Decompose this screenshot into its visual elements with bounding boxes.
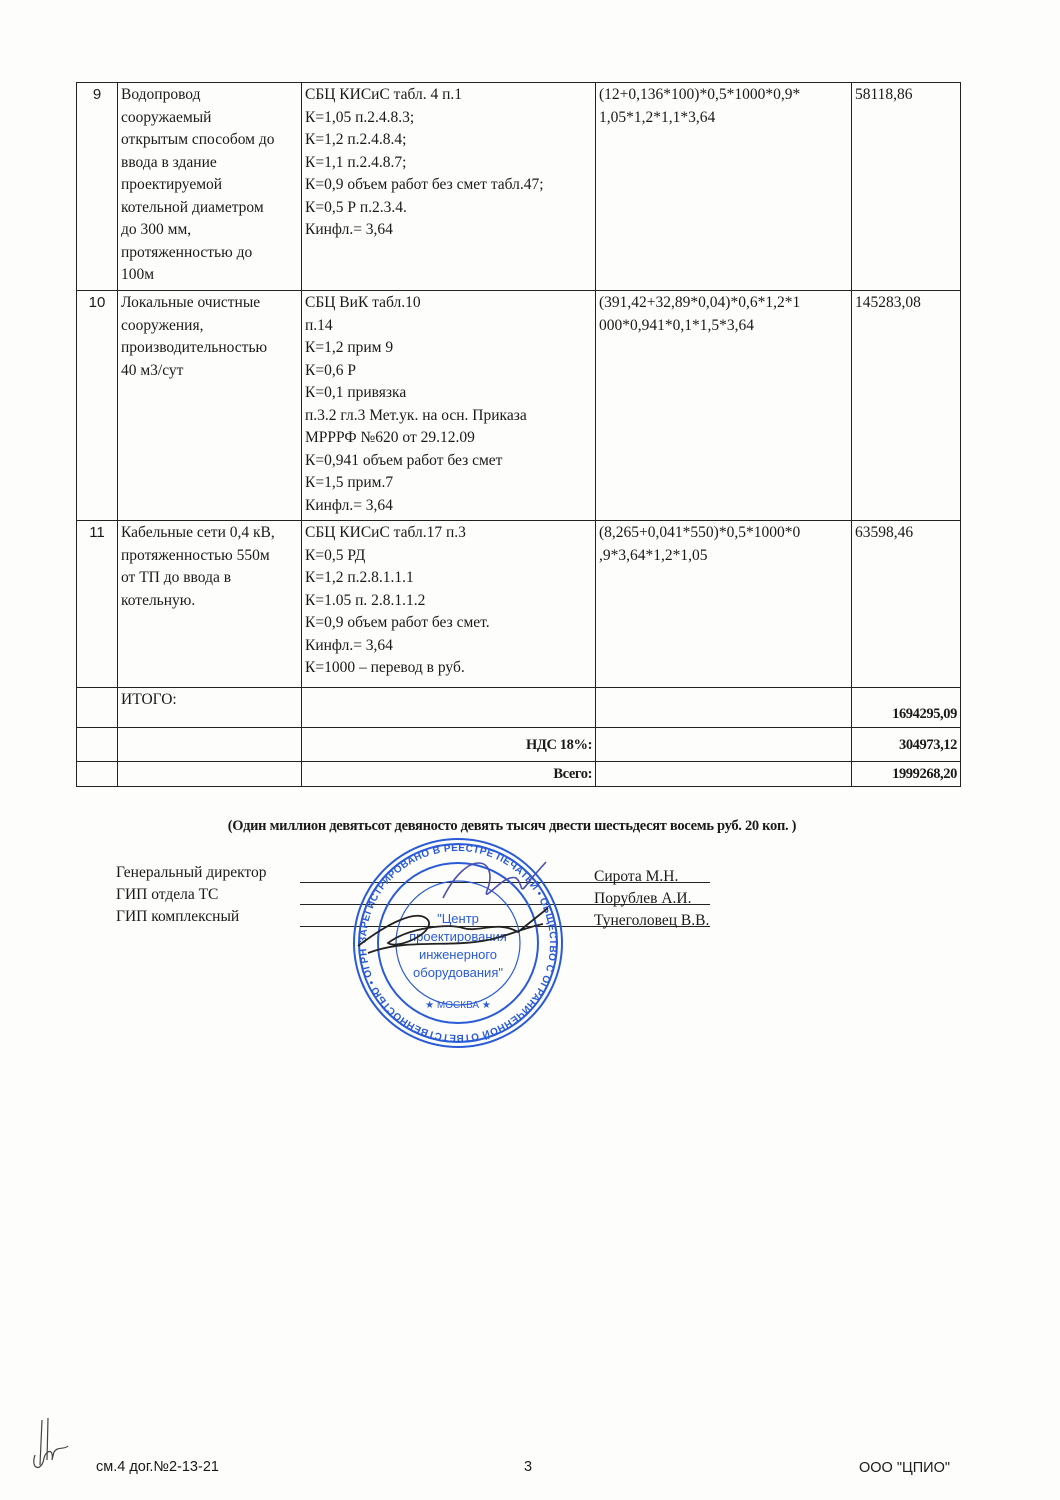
total-row: ИТОГО: 1694295,09: [77, 688, 961, 728]
table-row: 11Кабельные сети 0,4 кВ,протяженностью 5…: [77, 521, 961, 688]
item-formula: (391,42+32,89*0,04)*0,6*1,2*1000*0,941*0…: [596, 291, 852, 521]
cell-line: до 300 мм,: [121, 219, 298, 242]
svg-text:инженерного: инженерного: [419, 947, 497, 962]
cell-line: К=0,6 Р: [305, 360, 592, 383]
item-number: 9: [77, 83, 118, 291]
cell-line: К=1000 – перевод в руб.: [305, 657, 592, 680]
cell-line: Кинфл.= 3,64: [305, 635, 592, 658]
cell-line: Кинфл.= 3,64: [305, 219, 592, 242]
item-formula: (8,265+0,041*550)*0,5*1000*0,9*3,64*1,2*…: [596, 521, 852, 688]
cell-line: К=0,941 объем работ без смет: [305, 450, 592, 473]
cell-line: сооружаемый: [121, 107, 298, 130]
document-page: 9Водопроводсооружаемыйоткрытым способом …: [0, 0, 1060, 1500]
initials-signature-icon: [30, 1410, 70, 1480]
cell-line: МРРРФ №620 от 29.12.09: [305, 427, 592, 450]
cell-line: ввода в здание: [121, 152, 298, 175]
grand-total-row: Всего: 1999268,20: [77, 762, 961, 787]
cell-line: от ТП до ввода в: [121, 567, 298, 590]
cell-line: 000*0,941*0,1*1,5*3,64: [599, 315, 848, 338]
cell-line: протяженностью до: [121, 242, 298, 265]
company-stamp-icon: ЗАРЕГИСТРИРОВАНО В РЕЕСТРЕ ПЕЧАТЕЙ • ОБЩ…: [348, 828, 568, 1058]
cell-line: К=1,5 прим.7: [305, 472, 592, 495]
svg-text:проектирования: проектирования: [409, 929, 507, 944]
signer-name: Порублев А.И.: [594, 890, 691, 908]
cell-line: п.14: [305, 315, 592, 338]
item-description: Водопроводсооружаемыйоткрытым способом д…: [118, 83, 302, 291]
page-number: 3: [524, 1459, 532, 1475]
signer-name: Сирота М.Н.: [594, 868, 678, 886]
cell-line: К=0,9 объем работ без смет.: [305, 612, 592, 635]
item-number: 11: [77, 521, 118, 688]
cell-line: проектируемой: [121, 174, 298, 197]
cell-line: К=0,1 привязка: [305, 382, 592, 405]
signer-role: Генеральный директор: [116, 864, 267, 882]
item-cost: 58118,86: [852, 83, 961, 291]
signer-name: Тунеголовец В.В.: [594, 912, 709, 930]
cell-line: К=1,05 п.2.4.8.3;: [305, 107, 592, 130]
cell-line: К=1,1 п.2.4.8.7;: [305, 152, 592, 175]
item-cost: 145283,08: [852, 291, 961, 521]
cell-line: п.3.2 гл.3 Мет.ук. на осн. Приказа: [305, 405, 592, 428]
item-description: Кабельные сети 0,4 кВ,протяженностью 550…: [118, 521, 302, 688]
cell-line: котельную.: [121, 590, 298, 613]
grand-total-value: 1999268,20: [852, 762, 961, 787]
vat-row: НДС 18%: 304973,12: [77, 728, 961, 762]
svg-text:★ МОСКВА ★: ★ МОСКВА ★: [425, 1000, 491, 1011]
vat-label: НДС 18%:: [302, 728, 596, 762]
total-label: ИТОГО:: [118, 688, 302, 728]
cell-line: К=0,5 РД: [305, 545, 592, 568]
estimate-table: 9Водопроводсооружаемыйоткрытым способом …: [76, 82, 961, 787]
cell-line: К=0,9 объем работ без смет табл.47;: [305, 174, 592, 197]
cell-line: СБЦ КИСиС табл.17 п.3: [305, 522, 592, 545]
item-description: Локальные очистныесооружения,производите…: [118, 291, 302, 521]
cell-line: Водопровод: [121, 84, 298, 107]
company-name: ООО "ЦПИО": [859, 1460, 950, 1476]
item-cost: 63598,46: [852, 521, 961, 688]
cell-line: ,9*3,64*1,2*1,05: [599, 545, 848, 568]
vat-value: 304973,12: [852, 728, 961, 762]
cell-line: производительностью: [121, 337, 298, 360]
item-basis: СБЦ ВиК табл.10п.14К=1,2 прим 9К=0,6 РК=…: [302, 291, 596, 521]
cell-line: (8,265+0,041*550)*0,5*1000*0: [599, 522, 848, 545]
cell-line: открытым способом до: [121, 129, 298, 152]
svg-text:оборудования": оборудования": [413, 965, 503, 980]
cell-line: К=1,2 п.2.4.8.4;: [305, 129, 592, 152]
cell-line: СБЦ ВиК табл.10: [305, 292, 592, 315]
contract-reference: см.4 дог.№2-13-21: [96, 1459, 219, 1475]
cell-line: К=1,2 прим 9: [305, 337, 592, 360]
cell-line: Кабельные сети 0,4 кВ,: [121, 522, 298, 545]
signer-role: ГИП отдела ТС: [116, 886, 218, 904]
cell-line: протяженностью 550м: [121, 545, 298, 568]
item-basis: СБЦ КИСиС табл.17 п.3К=0,5 РДК=1,2 п.2.8…: [302, 521, 596, 688]
cell-line: К=1.05 п. 2.8.1.1.2: [305, 590, 592, 613]
signer-role: ГИП комплексный: [116, 908, 239, 926]
svg-text:"Центр: "Центр: [437, 911, 479, 926]
cell-line: К=1,2 п.2.8.1.1.1: [305, 567, 592, 590]
cell-line: 40 м3/сут: [121, 360, 298, 383]
cell-line: (391,42+32,89*0,04)*0,6*1,2*1: [599, 292, 848, 315]
grand-total-label: Всего:: [302, 762, 596, 787]
cell-line: Кинфл.= 3,64: [305, 495, 592, 518]
table-row: 10Локальные очистныесооружения,производи…: [77, 291, 961, 521]
total-value: 1694295,09: [852, 688, 961, 728]
cell-line: К=0,5 Р п.2.3.4.: [305, 197, 592, 220]
cell-line: сооружения,: [121, 315, 298, 338]
cell-line: котельной диаметром: [121, 197, 298, 220]
cell-line: СБЦ КИСиС табл. 4 п.1: [305, 84, 592, 107]
cell-line: Локальные очистные: [121, 292, 298, 315]
item-number: 10: [77, 291, 118, 521]
table-row: 9Водопроводсооружаемыйоткрытым способом …: [77, 83, 961, 291]
item-formula: (12+0,136*100)*0,5*1000*0,9*1,05*1,2*1,1…: [596, 83, 852, 291]
item-basis: СБЦ КИСиС табл. 4 п.1К=1,05 п.2.4.8.3;К=…: [302, 83, 596, 291]
cell-line: 1,05*1,2*1,1*3,64: [599, 107, 848, 130]
cell-line: (12+0,136*100)*0,5*1000*0,9*: [599, 84, 848, 107]
cell-line: 100м: [121, 264, 298, 287]
